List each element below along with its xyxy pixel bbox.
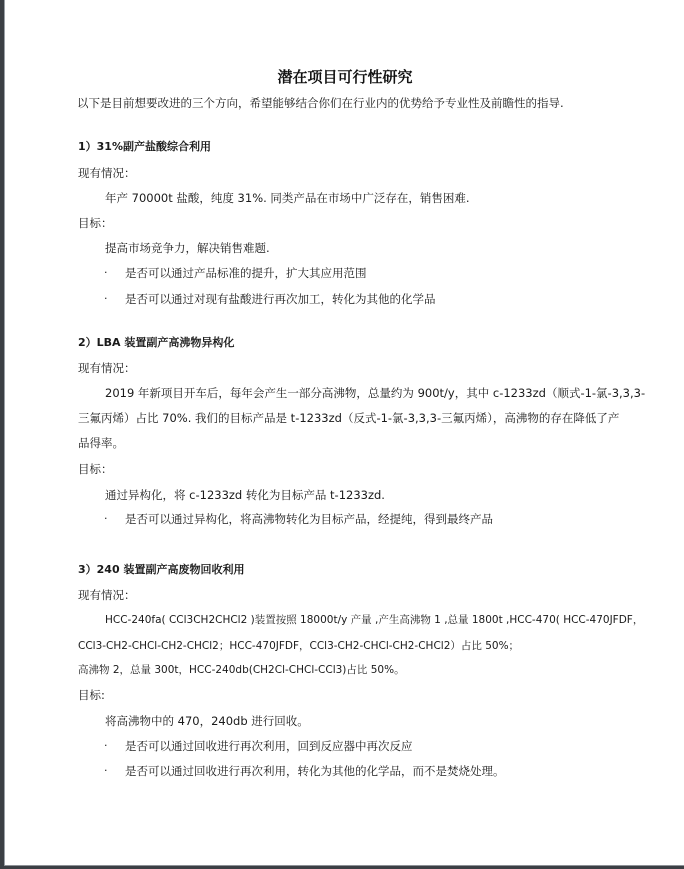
section-3-status-line-3: 高沸物 2，总量 300t，HCC-240db(CH2Cl-CHCl-CCl3)… (78, 662, 405, 678)
bullet-icon: · (104, 763, 108, 779)
section-2-status-line-3: 品得率。 (78, 435, 124, 451)
section-3-heading: 3）240 装置副产高废物回收利用 (78, 562, 244, 578)
section-1-heading: 1）31%副产盐酸综合利用 (78, 139, 211, 155)
bullet-icon: · (104, 265, 108, 281)
section-1-goal-label: 目标： (78, 215, 113, 231)
section-1-bullet-1: 是否可以通过产品标准的提升，扩大其应用范围 (125, 265, 367, 281)
section-3-bullet-2: 是否可以通过回收进行再次利用，转化为其他的化学品，而不是焚烧处理。 (125, 763, 505, 779)
section-2-status-line-1: 2019 年新项目开车后，每年会产生一部分高沸物，总量约为 900t/y，其中 … (105, 385, 645, 401)
section-3-status-line-1: HCC-240fa( CCl3CH2CHCl2 )装置按照 18000t/y 产… (105, 612, 643, 628)
section-2-heading: 2）LBA 装置副产高沸物异构化 (78, 335, 234, 351)
bullet-icon: · (104, 511, 108, 527)
section-3-status-label: 现有情况： (78, 587, 136, 603)
section-3-goal-label: 目标: (78, 687, 105, 703)
section-2-goal-label: 目标： (78, 461, 113, 477)
intro-text: 以下是目前想要改进的三个方向，希望能够结合你们在行业内的优势给予专业性及前瞻性的… (77, 95, 564, 111)
section-1-goal-text: 提高市场竞争力，解决销售难题. (105, 240, 270, 256)
section-1-status-text: 年产 70000t 盐酸，纯度 31%. 同类产品在市场中广泛存在，销售困难. (105, 190, 470, 206)
page-edge (4, 865, 684, 866)
section-2-bullet-1: 是否可以通过异构化，将高沸物转化为目标产品，经提纯，得到最终产品 (125, 511, 493, 527)
section-3-bullet-1: 是否可以通过回收进行再次利用，回到反应器中再次反应 (125, 738, 413, 754)
section-1-bullet-2: 是否可以通过对现有盐酸进行再次加工，转化为其他的化学品 (125, 291, 436, 307)
bullet-icon: · (104, 291, 108, 307)
bullet-icon: · (104, 738, 108, 754)
section-2-status-line-2: 三氟丙烯）占比 70%. 我们的目标产品是 t-1233zd（反式-1-氯-3,… (78, 410, 619, 426)
document-page: 潜在项目可行性研究 以下是目前想要改进的三个方向，希望能够结合你们在行业内的优势… (4, 0, 684, 865)
page-title: 潜在项目可行性研究 (5, 66, 684, 87)
section-1-status-label: 现有情况： (78, 165, 136, 181)
section-2-status-label: 现有情况： (78, 360, 136, 376)
section-3-status-line-2: CCl3-CH2-CHCl-CH2-CHCl2；HCC-470JFDF，CCl3… (78, 638, 519, 654)
section-3-goal-text: 将高沸物中的 470，240db 进行回收。 (105, 713, 309, 729)
section-2-goal-text: 通过异构化，将 c-1233zd 转化为目标产品 t-1233zd. (105, 487, 385, 503)
